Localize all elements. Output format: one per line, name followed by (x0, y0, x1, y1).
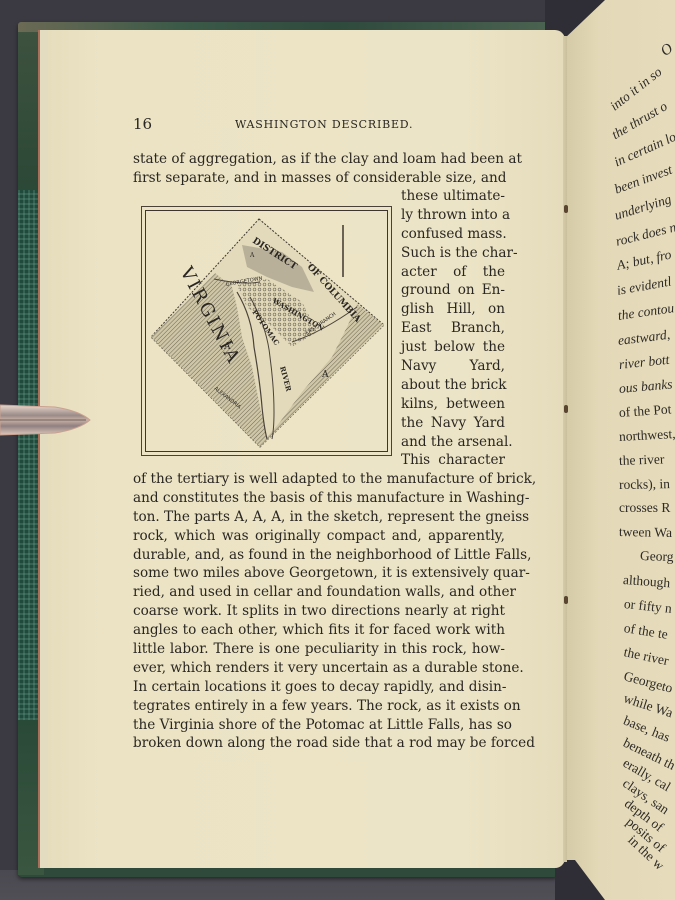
running-head: WASHINGTON DESCRIBED. (235, 118, 413, 131)
right-page-line: northwest, (619, 426, 675, 445)
dc-map-illustration: DISTRICT OF COLUMBIA VIRGINIA GEORGETOWN… (142, 207, 393, 457)
binding-thread-mark (564, 205, 568, 213)
right-page-line: although (622, 572, 670, 591)
text-line: just below the (401, 338, 505, 357)
paragraph-top: state of aggregation, as if the clay and… (133, 150, 505, 188)
paragraph-side-column: these ultimate- ly thrown into a confuse… (401, 187, 505, 470)
text-line: little labor. There is one peculiarity i… (133, 640, 505, 659)
binding-thread-mark (564, 405, 568, 413)
page-holder-blade-icon (0, 402, 92, 438)
text-line: rock, which was originally compact and, … (133, 527, 505, 546)
text-line: Navy Yard, (401, 357, 505, 376)
right-page-line: crosses R (619, 500, 670, 516)
text-line: and the arsenal. (401, 433, 505, 452)
map-label-rock-a: A (249, 252, 255, 259)
text-line: state of aggregation, as if the clay and… (133, 150, 505, 169)
text-line: coarse work. It splits in two directions… (133, 602, 505, 621)
text-line: Such is the char- (401, 244, 505, 263)
map-figure: DISTRICT OF COLUMBIA VIRGINIA GEORGETOWN… (141, 206, 392, 456)
text-line: the Virginia shore of the Potomac at Lit… (133, 716, 505, 735)
text-line: ly thrown into a (401, 206, 505, 225)
right-page-line: the river (619, 451, 665, 469)
text-line: and constitutes the basis of this manufa… (133, 489, 505, 508)
page-number: 16 (133, 115, 152, 133)
text-line: about the brick (401, 376, 505, 395)
text-line: acter of the (401, 263, 505, 282)
text-line: of the tertiary is well adapted to the m… (133, 470, 505, 489)
paragraph-bottom: of the tertiary is well adapted to the m… (133, 470, 505, 753)
text-line: these ultimate- (401, 187, 505, 206)
text-line: tegrates entirely in a few years. The ro… (133, 697, 505, 716)
text-line: kilns, between (401, 395, 505, 414)
map-label-rock-a: A (223, 342, 231, 352)
text-line: angles to each other, which fits it for … (133, 621, 505, 640)
text-line: ton. The parts A, A, A, in the sketch, r… (133, 508, 505, 527)
map-label-rock-a: A (321, 370, 329, 380)
text-line: broken down along the road side that a r… (133, 734, 505, 753)
text-line: This character (401, 451, 505, 470)
right-page-line: Georg (640, 548, 674, 565)
text-line: durable, and, as found in the neighborho… (133, 546, 505, 565)
text-line: confused mass. (401, 225, 505, 244)
right-page-line: rocks), in (619, 476, 670, 493)
text-line: the Navy Yard (401, 414, 505, 433)
text-line: In certain locations it goes to decay ra… (133, 678, 505, 697)
page-gutter (563, 36, 567, 862)
text-line: glish Hill, on (401, 300, 505, 319)
text-line: East Branch, (401, 319, 505, 338)
page-header: 16 WASHINGTON DESCRIBED. (133, 115, 505, 135)
text-line: first separate, and in masses of conside… (133, 169, 505, 188)
binding-thread-mark (564, 596, 568, 604)
text-line: ried, and used in cellar and foundation … (133, 583, 505, 602)
text-line: ever, which renders it very uncertain as… (133, 659, 505, 678)
text-line: ground on En- (401, 281, 505, 300)
text-line: some two miles above Georgetown, it is e… (133, 564, 505, 583)
right-page-line: tween Wa (619, 524, 672, 541)
